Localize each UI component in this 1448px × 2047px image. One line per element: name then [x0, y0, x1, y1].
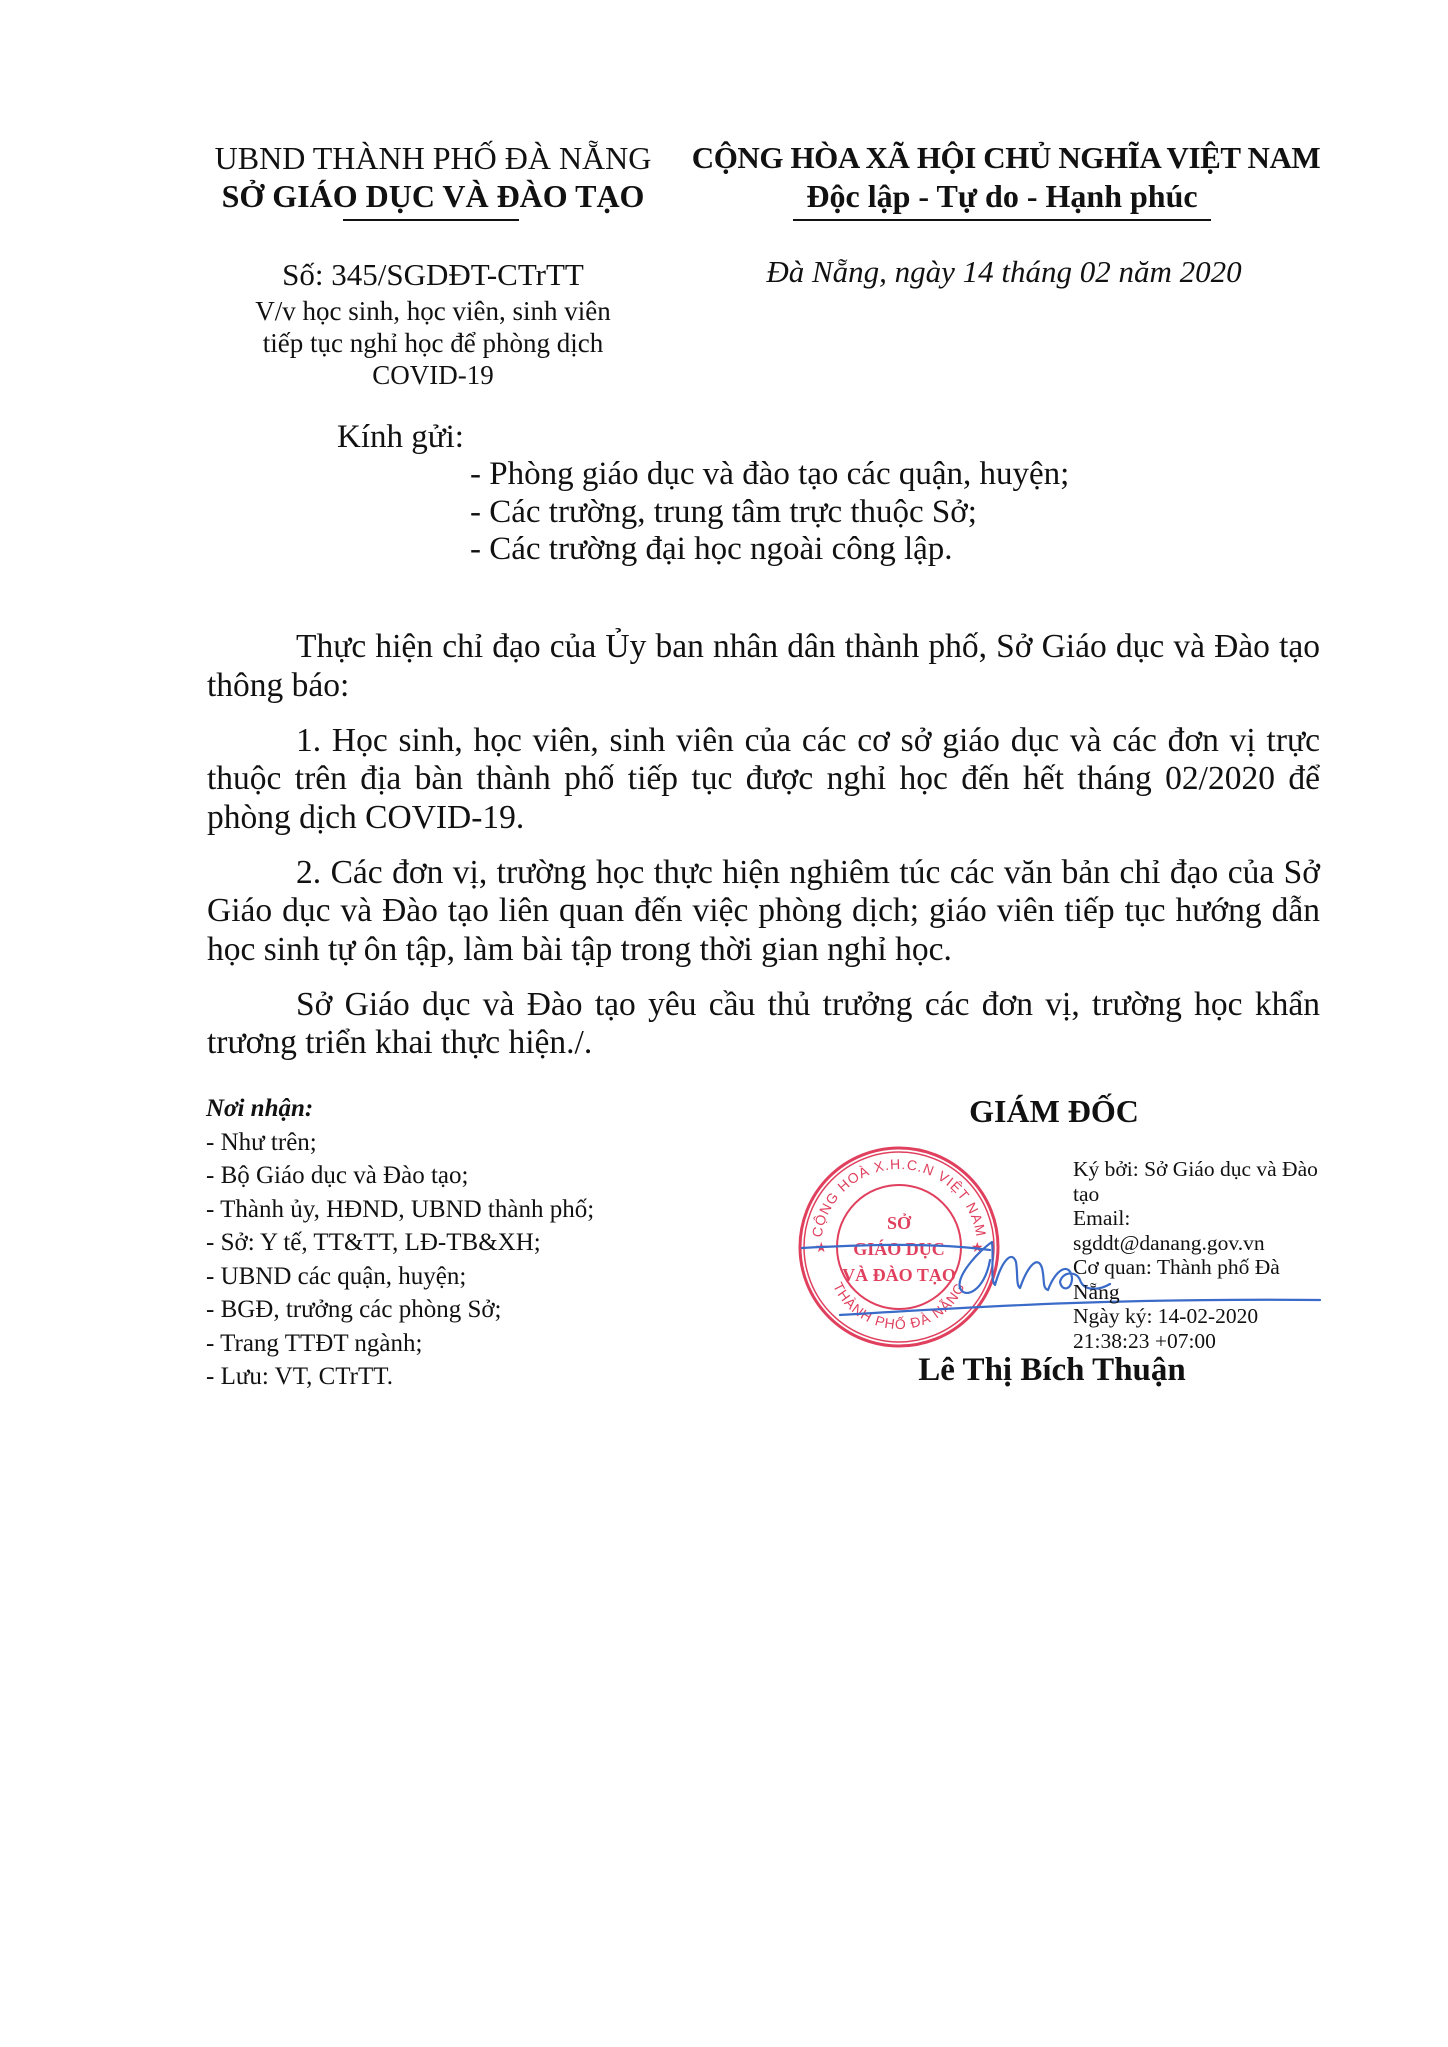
svg-text:★: ★ — [971, 1239, 984, 1255]
svg-text:VÀ ĐÀO TẠO: VÀ ĐÀO TẠO — [842, 1264, 956, 1285]
subject-line: COVID-19 — [255, 359, 610, 391]
distribution-label: Nơi nhận: — [206, 1092, 594, 1126]
signer-name: Lê Thị Bích Thuận — [918, 1350, 1186, 1390]
subject-line: tiếp tục nghỉ học để phòng dịch — [255, 327, 610, 359]
subject-line: V/v học sinh, học viên, sinh viên — [255, 295, 610, 327]
signer-title: GIÁM ĐỐC — [969, 1092, 1139, 1130]
body-paragraph: 1. Học sinh, học viên, sinh viên của các… — [207, 722, 1320, 838]
recipient-item: - Các trường, trung tâm trực thuộc Sở; — [470, 494, 1069, 532]
recipient-item: - Các trường đại học ngoài công lập. — [470, 531, 1069, 569]
national-title: CỘNG HÒA XÃ HỘI CHỦ NGHĨA VIỆT NAM — [692, 140, 1321, 176]
distribution-list: Nơi nhận: - Như trên; - Bộ Giáo dục và Đ… — [206, 1092, 594, 1394]
distribution-item: - Trang TTĐT ngành; — [206, 1327, 594, 1361]
document-subject: V/v học sinh, học viên, sinh viên tiếp t… — [255, 295, 610, 391]
sig-info-line: Nẵng — [1073, 1280, 1318, 1305]
agency-underline — [343, 219, 519, 221]
recipients-list: - Phòng giáo dục và đào tạo các quận, hu… — [470, 456, 1069, 569]
sig-info-line: Ký bởi: Sở Giáo dục và Đào — [1073, 1157, 1318, 1182]
distribution-item: - Sở: Y tế, TT&TT, LĐ-TB&XH; — [206, 1226, 594, 1260]
official-seal-icon: CỘNG HOÀ X.H.C.N VIỆT NAM THÀNH PHỐ ĐÀ N… — [797, 1145, 1001, 1349]
parent-agency: UBND THÀNH PHỐ ĐÀ NẴNG — [215, 140, 652, 176]
motto-underline — [793, 219, 1211, 221]
sig-info-line: Cơ quan: Thành phố Đà — [1073, 1255, 1318, 1280]
sig-info-line: tạo — [1073, 1182, 1318, 1207]
distribution-item: - BGĐ, trưởng các phòng Sở; — [206, 1293, 594, 1327]
distribution-item: - Lưu: VT, CTrTT. — [206, 1360, 594, 1394]
place-date: Đà Nẵng, ngày 14 tháng 02 năm 2020 — [766, 254, 1241, 290]
svg-text:GIÁO DỤC: GIÁO DỤC — [853, 1238, 945, 1259]
svg-text:SỞ: SỞ — [887, 1212, 912, 1233]
document-body: Thực hiện chỉ đạo của Ủy ban nhân dân th… — [207, 628, 1320, 1079]
recipients-label: Kính gửi: — [337, 418, 464, 456]
svg-text:★: ★ — [815, 1239, 828, 1255]
issuing-agency: SỞ GIÁO DỤC VÀ ĐÀO TẠO — [222, 178, 645, 214]
body-paragraph: Thực hiện chỉ đạo của Ủy ban nhân dân th… — [207, 628, 1320, 705]
distribution-item: - Như trên; — [206, 1126, 594, 1160]
national-motto: Độc lập - Tự do - Hạnh phúc — [806, 178, 1197, 214]
sig-info-line: Ngày ký: 14-02-2020 — [1073, 1304, 1318, 1329]
sig-info-line: Email: — [1073, 1206, 1318, 1231]
sig-info-line: sgddt@danang.gov.vn — [1073, 1231, 1318, 1256]
digital-signature-info: Ký bởi: Sở Giáo dục và Đào tạo Email: sg… — [1073, 1157, 1318, 1353]
distribution-item: - Thành ủy, HĐND, UBND thành phố; — [206, 1193, 594, 1227]
recipient-item: - Phòng giáo dục và đào tạo các quận, hu… — [470, 456, 1069, 494]
body-paragraph: Sở Giáo dục và Đào tạo yêu cầu thủ trưởn… — [207, 986, 1320, 1063]
body-paragraph: 2. Các đơn vị, trường học thực hiện nghi… — [207, 854, 1320, 970]
distribution-item: - Bộ Giáo dục và Đào tạo; — [206, 1159, 594, 1193]
distribution-item: - UBND các quận, huyện; — [206, 1260, 594, 1294]
document-number: Số: 345/SGDĐT-CTrTT — [282, 258, 584, 292]
